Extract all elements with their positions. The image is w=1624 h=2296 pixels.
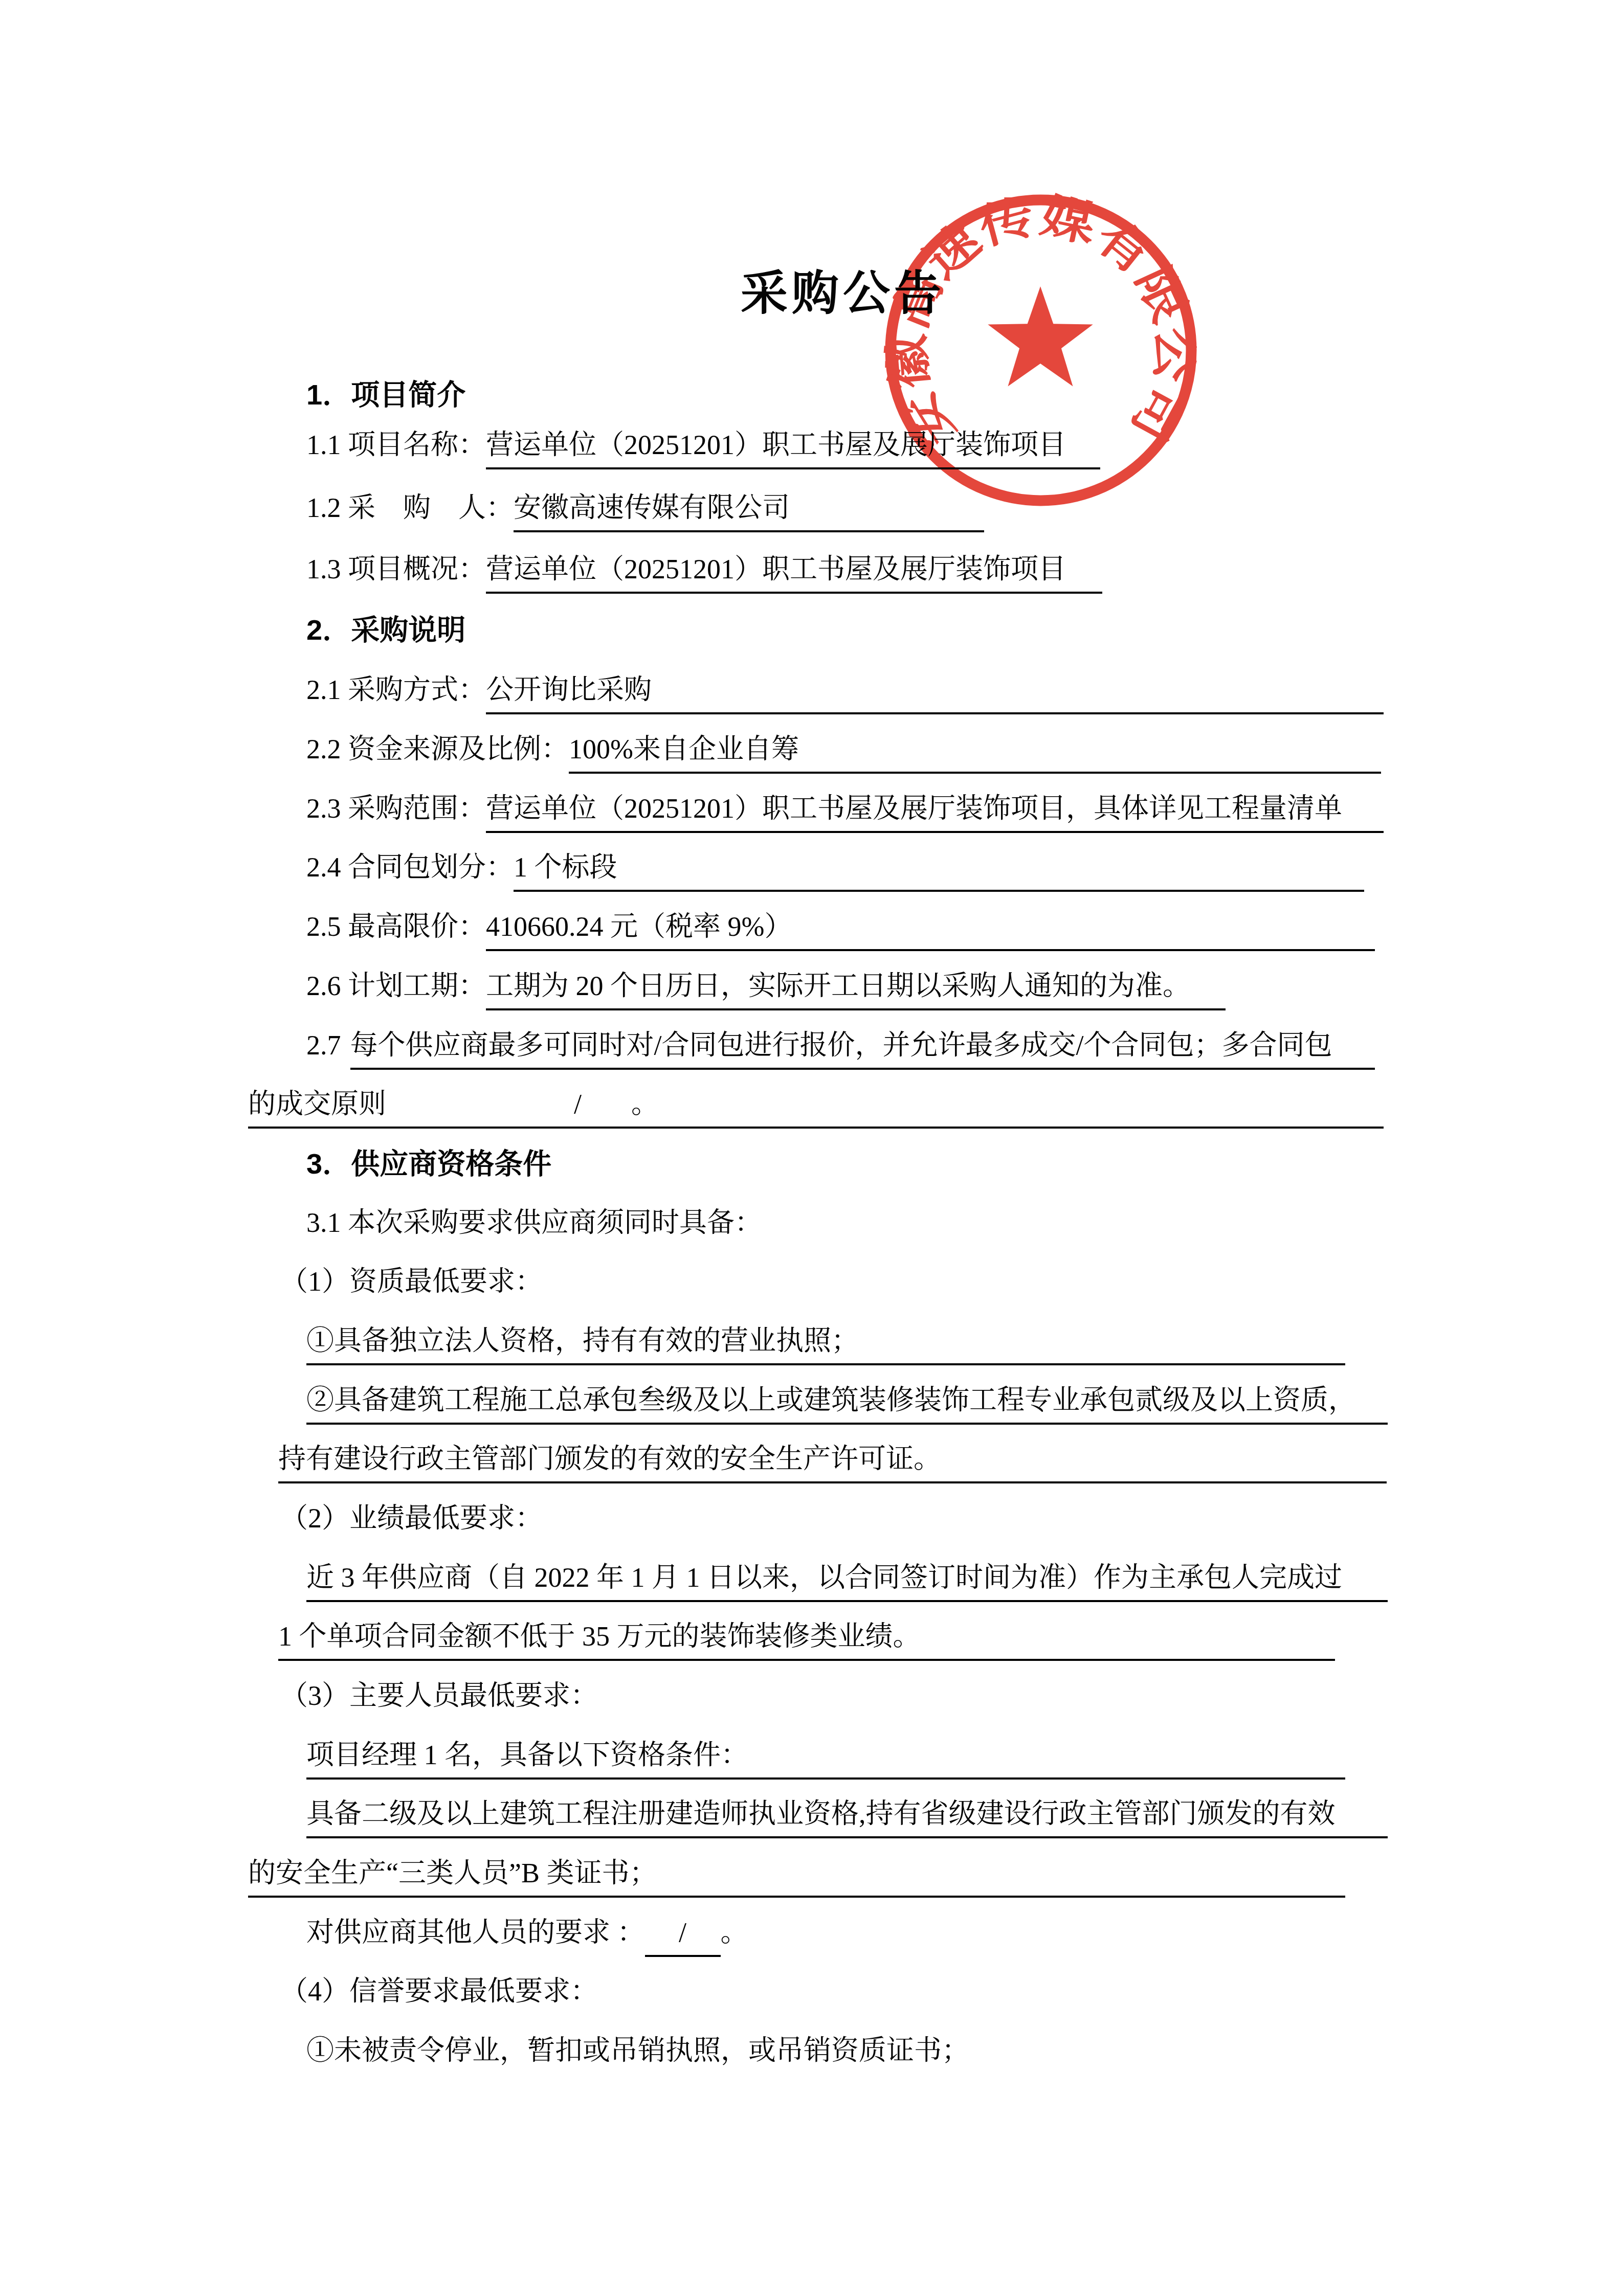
- underlined-clause: 持有建设行政主管部门颁发的有效的安全生产许可证。: [278, 1443, 1387, 1483]
- clause-text: （2）业绩最低要求：: [280, 1502, 543, 1534]
- field-value-underlined: 1 个标段: [514, 851, 1364, 892]
- field-value-underlined: 100%来自企业自筹: [569, 733, 1381, 774]
- field-label: 2.1 采购方式：: [306, 674, 486, 706]
- field-label: 2.4 合同包划分：: [306, 851, 514, 883]
- blank-gap: [589, 1113, 625, 1113]
- period-text: 。: [721, 1917, 748, 1948]
- blank-gap: [393, 1113, 567, 1113]
- underlined-clause: 的安全生产“三类人员”B 类证书；: [248, 1857, 1345, 1898]
- clause-not-suspended: ①未被责令停业，暂扣或吊销执照，或吊销资质证书；: [306, 2035, 969, 2066]
- underlined-clause: 具备二级及以上建筑工程注册建造师执业资格,持有省级建设行政主管部门颁发的有效: [306, 1798, 1388, 1838]
- field-supplier-bid-rule: 2.7 每个供应商最多可同时对/合同包进行报价，并允许最多成交/个合同包；多合同…: [306, 1029, 1375, 1070]
- clause-legal-person: ①具备独立法人资格，持有有效的营业执照；: [306, 1325, 1345, 1365]
- clause-pm-qualification-2: 的安全生产“三类人员”B 类证书；: [248, 1857, 1345, 1898]
- clause-performance-req: （2）业绩最低要求：: [280, 1502, 543, 1534]
- heading-text: 3．供应商资格条件: [306, 1147, 551, 1180]
- clause-project-manager: 项目经理 1 名，具备以下资格条件：: [306, 1739, 1345, 1780]
- clause-construction-qualification: ②具备建筑工程施工总承包叁级及以上或建筑装修装饰工程专业承包贰级及以上资质，: [306, 1384, 1388, 1425]
- field-value-underlined: 410660.24 元（税率 9%）: [486, 911, 1375, 951]
- heading-text: 1．项目简介: [306, 378, 465, 411]
- field-other-personnel: 对供应商其他人员的要求 ： / 。: [306, 1917, 748, 1957]
- underlined-clause: ①具备独立法人资格，持有有效的营业执照；: [306, 1325, 1345, 1365]
- heading-text: 2．采购说明: [306, 614, 465, 646]
- field-funding-source: 2.2 资金来源及比例： 100%来自企业自筹: [306, 733, 1381, 774]
- clause-pm-qualification-1: 具备二级及以上建筑工程注册建造师执业资格,持有省级建设行政主管部门颁发的有效: [306, 1798, 1388, 1838]
- field-value-underlined: 营运单位（20251201）职工书屋及展厅装饰项目，具体详见工程量清单: [486, 793, 1384, 833]
- field-label: 2.6 计划工期：: [306, 970, 486, 1002]
- field-label: 1.2 采 购 人：: [306, 492, 514, 524]
- period-text: 。: [631, 1089, 659, 1119]
- underlined-continuation: 的成交原则 / 。: [248, 1088, 1384, 1129]
- field-deal-principle-continuation: 的成交原则 / 。: [248, 1088, 1384, 1129]
- field-value-underlined: 工期为 20 个日历日，实际开工日期以采购人通知的为准。: [486, 970, 1226, 1010]
- clause-performance-detail-1: 近 3 年供应商（自 2022 年 1 月 1 日以来，以合同签订时间为准）作为…: [306, 1562, 1388, 1602]
- underlined-clause: 近 3 年供应商（自 2022 年 1 月 1 日以来，以合同签订时间为准）作为…: [306, 1562, 1388, 1602]
- clause-key-personnel-req: （3）主要人员最低要求：: [280, 1680, 598, 1712]
- section-3-heading: 3．供应商资格条件: [306, 1147, 551, 1180]
- field-label: 1.3 项目概况：: [306, 553, 486, 585]
- field-label: 2.5 最高限价：: [306, 911, 486, 942]
- clause-reputation-req: （4）信誉要求最低要求：: [280, 1975, 598, 2007]
- underlined-clause: ②具备建筑工程施工总承包叁级及以上或建筑装修装饰工程专业承包贰级及以上资质，: [306, 1384, 1388, 1425]
- field-label: 对供应商其他人员的要求 ：: [306, 1917, 645, 1948]
- company-seal-stamp: 安徽高速传媒有限公司: [876, 184, 1206, 516]
- field-label: 1.1 项目名称：: [306, 429, 486, 461]
- field-value-underlined: 公开询比采购: [486, 674, 1384, 714]
- field-label: 2.2 资金来源及比例：: [306, 733, 569, 765]
- clause-3-1: 3.1 本次采购要求供应商须同时具备：: [306, 1207, 762, 1239]
- field-value-underlined: 营运单位（20251201）职工书屋及展厅装饰项目: [486, 553, 1102, 594]
- field-label: 2.7: [306, 1029, 341, 1061]
- underlined-clause: 1 个单项合同金额不低于 35 万元的装饰装修类业绩。: [278, 1620, 1335, 1661]
- section-2-heading: 2．采购说明: [306, 614, 465, 646]
- underlined-clause: 项目经理 1 名，具备以下资格条件：: [306, 1739, 1345, 1780]
- slash-placeholder: /: [574, 1089, 582, 1119]
- clause-safety-license-continuation: 持有建设行政主管部门颁发的有效的安全生产许可证。: [278, 1443, 1387, 1483]
- field-planned-duration: 2.6 计划工期： 工期为 20 个日历日，实际开工日期以采购人通知的为准。: [306, 970, 1226, 1010]
- field-procurement-method: 2.1 采购方式： 公开询比采购: [306, 674, 1384, 714]
- field-max-price: 2.5 最高限价： 410660.24 元（税率 9%）: [306, 911, 1375, 951]
- clause-qualification-req: （1）资质最低要求：: [280, 1266, 543, 1297]
- procurement-notice-page: 采购公告 安徽高速传媒有限公司 1．项目简介 1.1 项目名称： 营运单位（20…: [0, 0, 1624, 2296]
- section-1-heading: 1．项目简介: [306, 378, 465, 411]
- field-value-underlined: 每个供应商最多可同时对/合同包进行报价，并允许最多成交/个合同包；多合同包: [350, 1029, 1375, 1070]
- field-contract-packages: 2.4 合同包划分： 1 个标段: [306, 851, 1364, 892]
- clause-text: ①未被责令停业，暂扣或吊销执照，或吊销资质证书；: [306, 2035, 969, 2066]
- field-project-overview: 1.3 项目概况： 营运单位（20251201）职工书屋及展厅装饰项目: [306, 553, 1102, 594]
- red-star-icon: [988, 286, 1093, 386]
- clause-text: （4）信誉要求最低要求：: [280, 1975, 598, 2007]
- clause-text: （1）资质最低要求：: [280, 1266, 543, 1297]
- field-procurement-scope: 2.3 采购范围： 营运单位（20251201）职工书屋及展厅装饰项目，具体详见…: [306, 793, 1384, 833]
- clause-performance-detail-2: 1 个单项合同金额不低于 35 万元的装饰装修类业绩。: [278, 1620, 1335, 1661]
- field-label: 2.3 采购范围：: [306, 793, 486, 824]
- clause-text: （3）主要人员最低要求：: [280, 1680, 598, 1712]
- clause-text: 3.1 本次采购要求供应商须同时具备：: [306, 1207, 762, 1239]
- continuation-text: 的成交原则: [248, 1089, 386, 1119]
- slash-blank-underlined: /: [645, 1917, 721, 1957]
